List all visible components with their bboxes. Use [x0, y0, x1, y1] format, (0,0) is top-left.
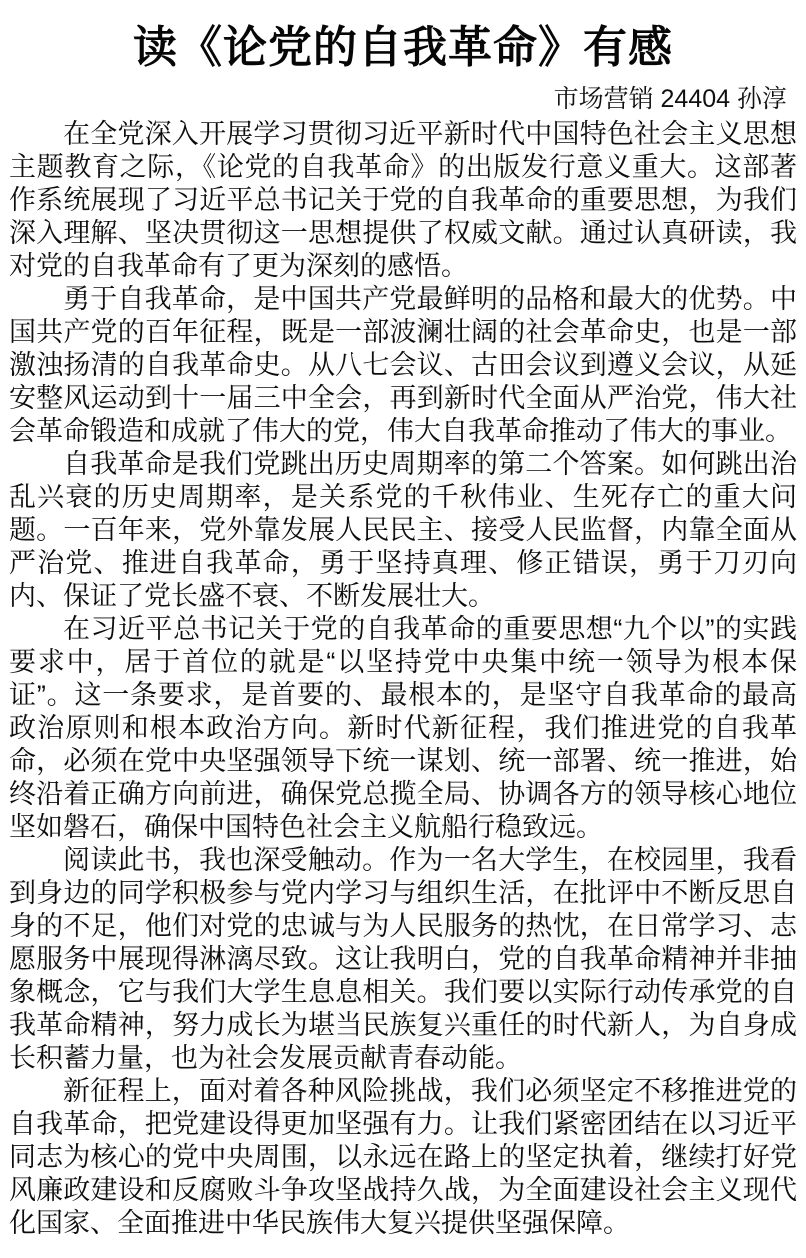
- paragraph: 勇于自我革命，是中国共产党最鲜明的品格和最大的优势。中国共产党的百年征程，既是一…: [9, 283, 797, 448]
- essay-title: 读《论党的自我革命》有感: [9, 22, 797, 74]
- paragraph: 自我革命是我们党跳出历史周期率的第二个答案。如何跳出治乱兴衰的历史周期率，是关系…: [9, 448, 797, 613]
- paragraph: 在习近平总书记关于党的自我革命的重要思想“九个以”的实践要求中，居于首位的就是“…: [9, 613, 797, 844]
- paragraph: 阅读此书，我也深受触动。作为一名大学生，在校园里，我看到身边的同学积极参与党内学…: [9, 844, 797, 1075]
- paragraph: 在全党深入开展学习贯彻习近平新时代中国特色社会主义思想主题教育之际，《论党的自我…: [9, 118, 797, 283]
- paragraph: 新征程上，面对着各种风险挑战，我们必须坚定不移推进党的自我革命，把党建设得更加坚…: [9, 1075, 797, 1240]
- essay-page: 读《论党的自我革命》有感 市场营销 24404 孙淳 在全党深入开展学习贯彻习近…: [0, 0, 806, 1258]
- essay-byline: 市场营销 24404 孙淳: [9, 84, 797, 114]
- essay-body: 在全党深入开展学习贯彻习近平新时代中国特色社会主义思想主题教育之际，《论党的自我…: [9, 118, 797, 1240]
